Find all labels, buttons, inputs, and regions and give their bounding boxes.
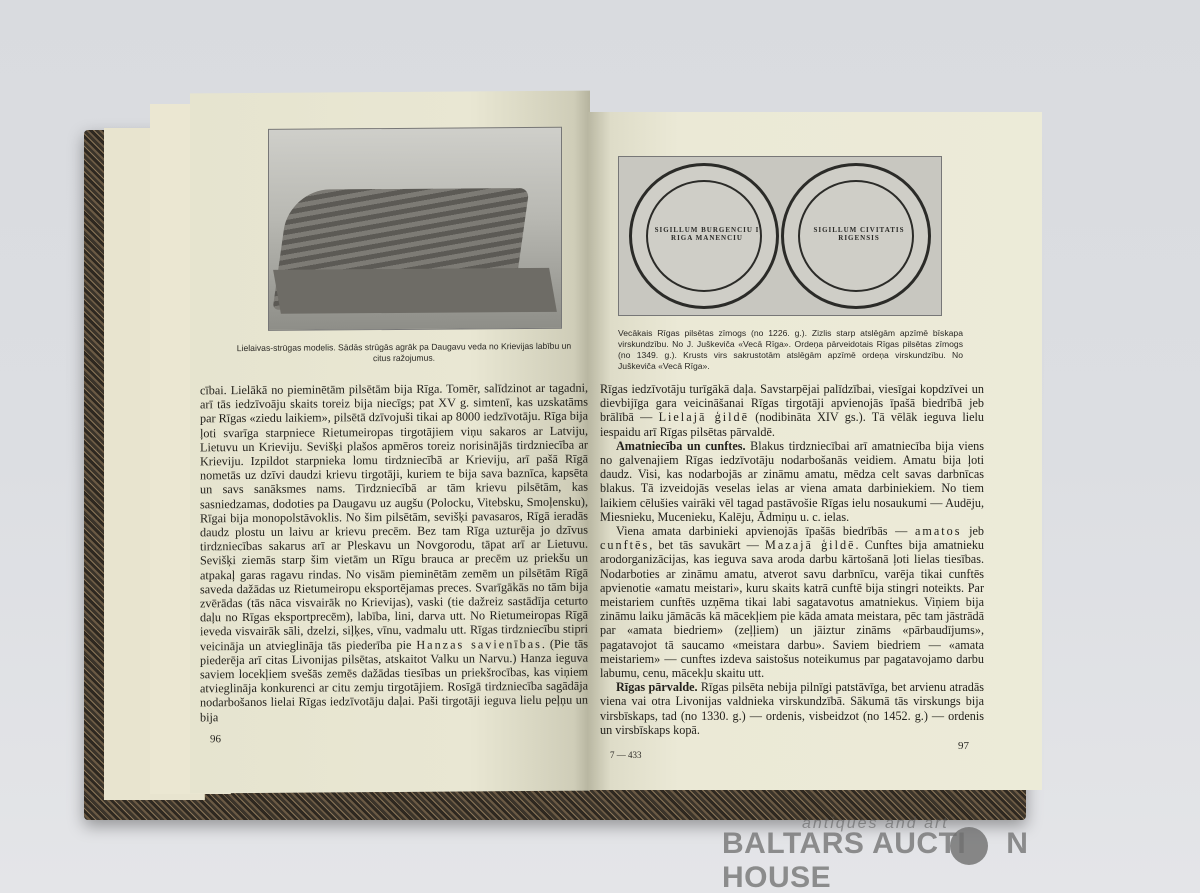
figure-caption-right: Vecākais Rīgas pilsētas zīmogs (no 1226.… xyxy=(618,328,963,372)
page-number-left: 96 xyxy=(210,733,221,745)
seal-left: SIGILLUM BURGENCIU I RIGA MANENCIU xyxy=(629,163,779,309)
emphasized-term: Mazajā ģildē xyxy=(765,538,855,552)
watermark-name: BALTARS AUCTIN HOUSE xyxy=(722,827,1122,893)
auction-house-watermark: antiques and art BALTARS AUCTIN HOUSE xyxy=(722,815,1122,865)
figure-caption-left: Lielaivas-strūgas modelis. Sādās strūgās… xyxy=(234,341,574,365)
page-number-right: 97 xyxy=(958,740,969,752)
section-heading: Rīgas pārvalde. xyxy=(616,680,698,694)
paragraph-text: cībai. Lielākā no pieminētām pilsētām bi… xyxy=(200,381,588,653)
left-page: Lielaivas-strūgas modelis. Sādās strūgās… xyxy=(190,91,590,794)
body-text-right: Rīgas iedzīvotāju turīgākā daļa. Savstar… xyxy=(600,382,984,737)
boat-base-shape xyxy=(273,268,557,314)
section-heading: Amatniecība un cunftes. xyxy=(616,439,746,453)
paragraph-text: . Cunftes bija amatnieku arodorganizācij… xyxy=(600,538,984,680)
seal-right-legend: SIGILLUM CIVITATIS RIGENSIS xyxy=(804,226,914,242)
watermark-name-left: BALTARS AUCTI xyxy=(722,827,966,860)
right-page: SIGILLUM BURGENCIU I RIGA MANENCIU SIGIL… xyxy=(588,112,1042,790)
body-text-left: cībai. Lielākā no pieminētām pilsētām bi… xyxy=(200,381,588,725)
emphasized-term: Hanzas savienības xyxy=(416,637,542,652)
seal-right: SIGILLUM CIVITATIS RIGENSIS xyxy=(781,163,931,309)
paragraph-text: , bet tās savukārt — xyxy=(649,538,765,552)
seal-left-legend: SIGILLUM BURGENCIU I RIGA MANENCIU xyxy=(652,226,762,242)
signature-mark: 7 — 433 xyxy=(610,750,642,760)
emphasized-term: Lielajā ģildē xyxy=(659,410,749,424)
paragraph-text: jeb xyxy=(962,524,985,538)
emphasized-term: cunftēs xyxy=(600,538,649,552)
riga-seals-illustration: SIGILLUM BURGENCIU I RIGA MANENCIU SIGIL… xyxy=(618,156,942,316)
emphasized-term: amatos xyxy=(915,524,962,538)
paragraph-text: Viena amata darbinieki apvienojās īpašās… xyxy=(616,524,915,538)
boat-model-photo xyxy=(268,127,562,331)
watermark-logo-icon xyxy=(950,827,988,865)
